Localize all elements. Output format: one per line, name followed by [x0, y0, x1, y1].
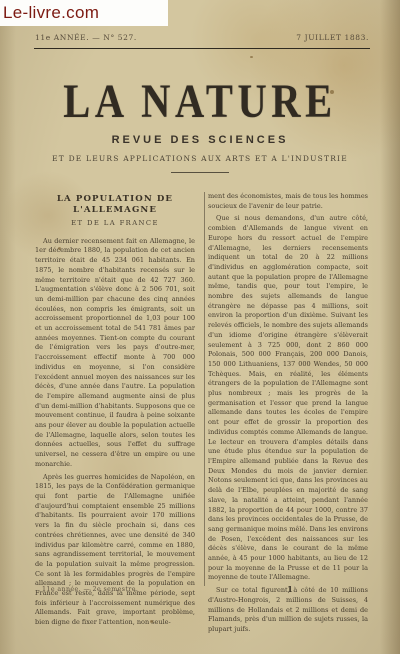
article-paragraph: Après les guerres homicides de Napoléon,…	[35, 473, 195, 628]
journal-title: LA NATURE	[16, 76, 384, 128]
article-title: LA POPULATION DE L'ALLEMAGNE	[35, 194, 195, 216]
paper-stain	[250, 56, 253, 58]
paper-stain	[150, 620, 153, 623]
journal-tagline: ET DE LEURS APPLICATIONS AUX ARTS ET A L…	[0, 154, 400, 163]
article-paragraph: ment des économistes, mais de tous les h…	[208, 192, 368, 211]
paper-stain	[330, 90, 334, 94]
page-number: 1	[212, 585, 368, 595]
left-column: LA POPULATION DE L'ALLEMAGNE ET DE LA FR…	[35, 192, 195, 638]
watermark-label: Le-livre.com	[0, 0, 168, 26]
article-paragraph: Au dernier recensement fait en Allemagne…	[35, 237, 195, 470]
journal-subtitle: REVUE DES SCIENCES	[0, 134, 400, 146]
masthead: LA NATURE REVUE DES SCIENCES ET DE LEURS…	[0, 76, 400, 173]
header-rule	[34, 48, 370, 49]
volume-note: 11e année. — 2e semestre.	[42, 586, 138, 593]
scanned-journal-page: Le-livre.com 11e ANNÉE. — N° 527. 7 JUIL…	[0, 0, 400, 654]
issue-header: 11e ANNÉE. — N° 527. 7 JUILLET 1883.	[35, 33, 369, 42]
article-subtitle: ET DE LA FRANCE	[35, 219, 195, 229]
right-column: ment des économistes, mais de tous les h…	[208, 192, 368, 638]
watermark-text: Le-livre.com	[3, 3, 99, 23]
masthead-divider	[171, 172, 229, 173]
issue-number: 11e ANNÉE. — N° 527.	[35, 33, 137, 42]
paper-stain	[58, 247, 61, 250]
issue-date: 7 JUILLET 1883.	[296, 33, 369, 42]
article-columns: LA POPULATION DE L'ALLEMAGNE ET DE LA FR…	[35, 192, 369, 638]
article-paragraph: Que si nous demandons, d'un autre côté, …	[208, 214, 368, 583]
